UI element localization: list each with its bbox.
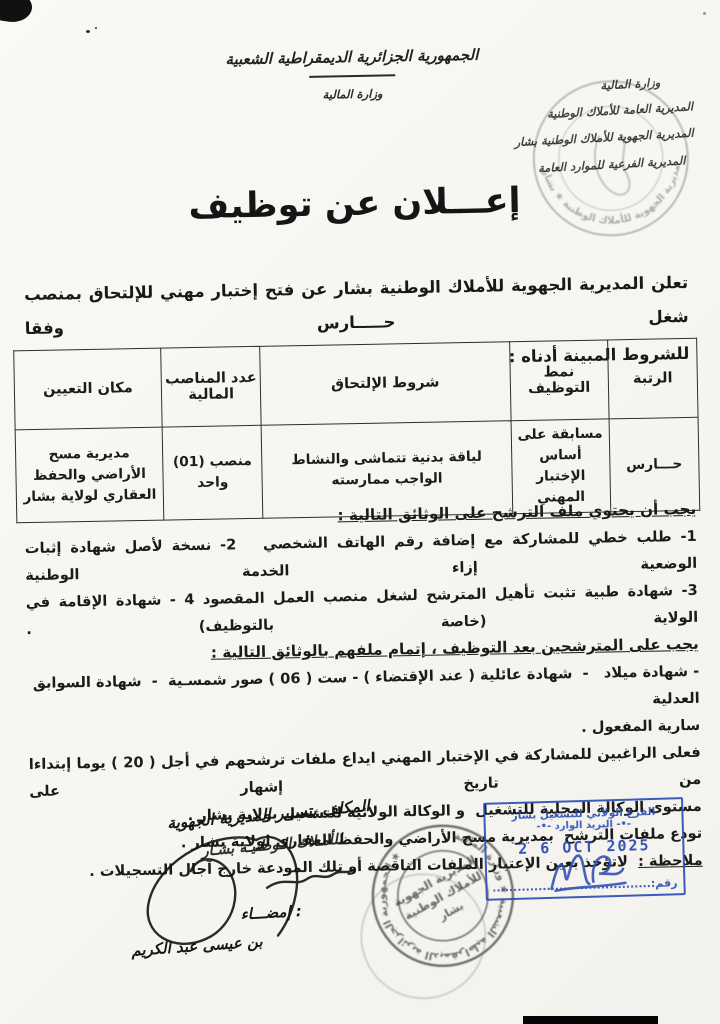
col-recruitment-mode: نمط التوظيف: [509, 340, 609, 421]
scan-artifact-bar: [523, 1016, 658, 1024]
employment-agency-stamp: الفرع الولائي للتشغيل بشار -•- البريد ال…: [483, 797, 686, 901]
col-conditions: شروط الإلتحاق: [260, 342, 511, 426]
col-assignment-place: مكان التعيين: [14, 348, 162, 430]
scan-speck: [703, 12, 706, 15]
document-content: الجمهورية الجزائرية الديمقراطية الشعبية …: [0, 0, 720, 1024]
stamp-number-label: رقم:: [651, 876, 678, 890]
job-posting-table: الرتبة نمط التوظيف شروط الإلتحاق عدد الم…: [13, 338, 700, 524]
table-header-row: الرتبة نمط التوظيف شروط الإلتحاق عدد الم…: [14, 338, 698, 430]
scanned-document-page: الجمهورية الجزائرية الديمقراطية الشعبية …: [0, 0, 720, 1024]
handwritten-stamp-number: [544, 847, 631, 895]
col-positions-count: عدد المناصب المالية: [161, 346, 262, 427]
intro-line-1: تعلن المديرية الجهوية للأملاك الوطنية بش…: [24, 266, 689, 346]
scan-speck: [95, 27, 97, 29]
signature-label: إمضـــاء :: [240, 902, 302, 923]
col-rank: الرتبة: [607, 338, 698, 419]
handwritten-signature: [108, 816, 360, 951]
header-divider: [309, 74, 395, 78]
signature-block: المكلف بتسيير المديرية الجهوية للأمـلاك …: [90, 798, 373, 993]
republic-line: الجمهورية الجزائرية الديمقراطية الشعبية: [0, 41, 712, 72]
scan-speck: [86, 30, 90, 33]
